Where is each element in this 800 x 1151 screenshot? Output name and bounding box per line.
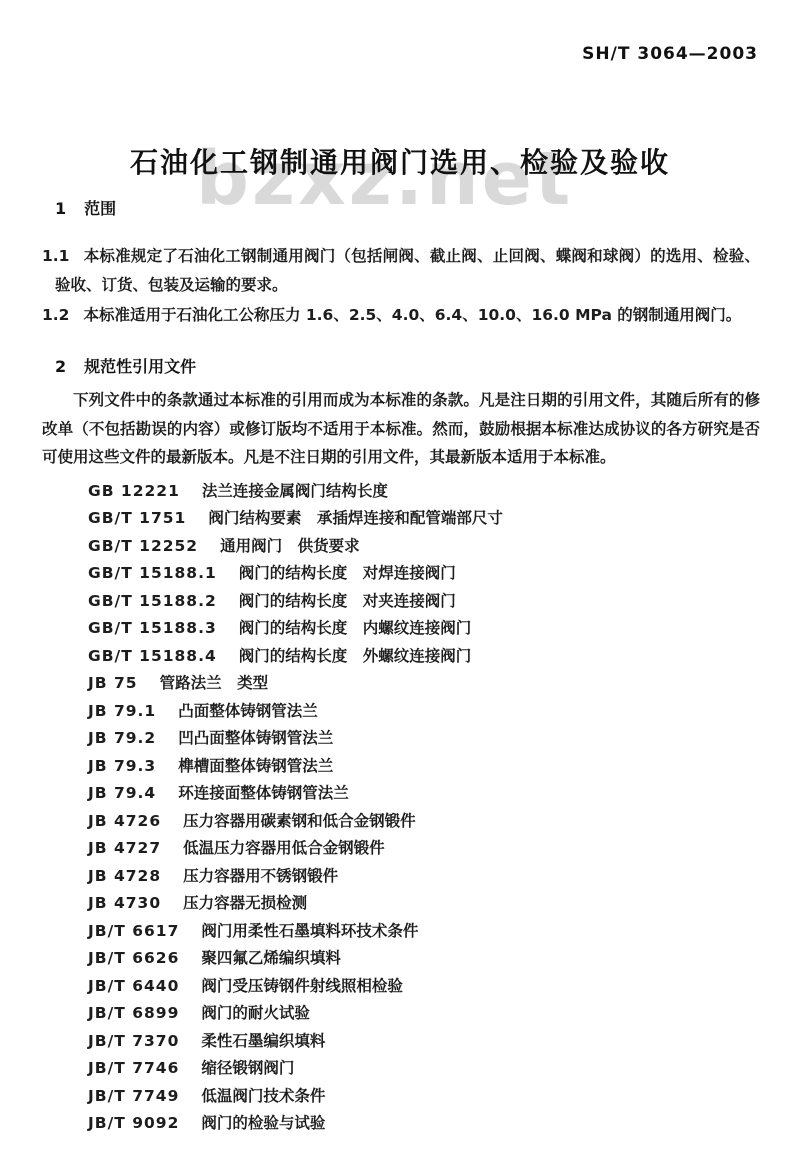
reference-item: JB/T 7749低温阀门技术条件 <box>88 1083 760 1111</box>
reference-title: 低温压力容器用低合金钢锻件 <box>183 839 385 857</box>
reference-title: 阀门的结构长度 外螺纹连接阀门 <box>239 647 472 665</box>
document-body: 1范围 1.1本标准规定了石油化工钢制通用阀门（包括闸阀、截止阀、止回阀、蝶阀和… <box>42 0 760 1138</box>
reference-title: 聚四氟乙烯编织填料 <box>201 949 341 967</box>
reference-code: JB 75 <box>88 670 138 698</box>
reference-title: 阀门受压铸钢件射线照相检验 <box>201 977 403 995</box>
reference-item: JB 4726压力容器用碳素钢和低合金钢锻件 <box>88 808 760 836</box>
clause-1-1: 1.1本标准规定了石油化工钢制通用阀门（包括闸阀、截止阀、止回阀、蝶阀和球阀）的… <box>42 242 760 300</box>
reference-item: GB 12221法兰连接金属阀门结构长度 <box>88 478 760 506</box>
reference-item: JB 79.2凹凸面整体铸钢管法兰 <box>88 725 760 753</box>
reference-item: JB 4727低温压力容器用低合金钢锻件 <box>88 835 760 863</box>
reference-code: JB/T 6440 <box>88 973 179 1001</box>
reference-code: JB 4730 <box>88 890 161 918</box>
reference-item: JB 79.3榫槽面整体铸钢管法兰 <box>88 753 760 781</box>
reference-code: GB/T 15188.3 <box>88 615 217 643</box>
reference-code: JB/T 9092 <box>88 1110 179 1138</box>
reference-title: 环连接面整体铸钢管法兰 <box>178 784 349 802</box>
section-2-title: 规范性引用文件 <box>84 357 196 376</box>
clause-1-2: 1.2本标准适用于石油化工公称压力 1.6、2.5、4.0、6.4、10.0、1… <box>42 301 760 330</box>
section-2-intro-paragraph: 下列文件中的条款通过本标准的引用而成为本标准的条款。凡是注日期的引用文件，其随后… <box>42 386 760 472</box>
reference-code: GB/T 15188.1 <box>88 560 217 588</box>
reference-item: GB/T 15188.4阀门的结构长度 外螺纹连接阀门 <box>88 643 760 671</box>
reference-title: 柔性石墨编织填料 <box>201 1032 325 1050</box>
reference-title: 榫槽面整体铸钢管法兰 <box>178 757 333 775</box>
reference-title: 压力容器无损检测 <box>183 894 307 912</box>
reference-item: GB/T 15188.1阀门的结构长度 对焊连接阀门 <box>88 560 760 588</box>
reference-item: JB/T 6617阀门用柔性石墨填料环技术条件 <box>88 918 760 946</box>
reference-title: 压力容器用碳素钢和低合金钢锻件 <box>183 812 416 830</box>
reference-item: JB/T 6440阀门受压铸钢件射线照相检验 <box>88 973 760 1001</box>
section-2-heading: 2规范性引用文件 <box>42 354 760 377</box>
reference-title: 阀门的耐火试验 <box>201 1004 310 1022</box>
reference-title: 阀门用柔性石墨填料环技术条件 <box>201 922 418 940</box>
reference-title: 凹凸面整体铸钢管法兰 <box>178 729 333 747</box>
reference-code: GB/T 1751 <box>88 505 186 533</box>
reference-title: 阀门的检验与试验 <box>201 1114 325 1132</box>
reference-code: JB 79.1 <box>88 698 156 726</box>
reference-title: 阀门结构要素 承插焊连接和配管端部尺寸 <box>208 509 503 527</box>
reference-item: JB/T 6899阀门的耐火试验 <box>88 1000 760 1028</box>
reference-code: JB 4727 <box>88 835 161 863</box>
reference-title: 通用阀门 供货要求 <box>220 537 360 555</box>
reference-title: 阀门的结构长度 对焊连接阀门 <box>239 564 456 582</box>
reference-code: GB/T 15188.4 <box>88 643 217 671</box>
reference-title: 法兰连接金属阀门结构长度 <box>202 482 388 500</box>
reference-item: GB/T 15188.3阀门的结构长度 内螺纹连接阀门 <box>88 615 760 643</box>
reference-code: JB 4726 <box>88 808 161 836</box>
reference-item: JB 4730压力容器无损检测 <box>88 890 760 918</box>
reference-code: JB 79.4 <box>88 780 156 808</box>
reference-title: 凸面整体铸钢管法兰 <box>178 702 318 720</box>
reference-title: 管路法兰 类型 <box>160 674 269 692</box>
reference-item: JB/T 7370柔性石墨编织填料 <box>88 1028 760 1056</box>
reference-item: JB/T 6626聚四氟乙烯编织填料 <box>88 945 760 973</box>
reference-item: JB/T 9092阀门的检验与试验 <box>88 1110 760 1138</box>
reference-title: 缩径锻钢阀门 <box>201 1059 294 1077</box>
reference-code: GB/T 12252 <box>88 533 198 561</box>
clause-1-1-number: 1.1 <box>42 242 69 271</box>
reference-code: JB/T 7370 <box>88 1028 179 1056</box>
reference-item: JB 75管路法兰 类型 <box>88 670 760 698</box>
reference-title: 阀门的结构长度 对夹连接阀门 <box>239 592 456 610</box>
scanned-standard-page: SH/T 3064—2003 bzxz.net 石油化工钢制通用阀门选用、检验及… <box>0 0 800 1151</box>
reference-item: JB 79.4环连接面整体铸钢管法兰 <box>88 780 760 808</box>
reference-item: JB 79.1凸面整体铸钢管法兰 <box>88 698 760 726</box>
reference-item: GB/T 15188.2阀门的结构长度 对夹连接阀门 <box>88 588 760 616</box>
reference-list: GB 12221法兰连接金属阀门结构长度 GB/T 1751阀门结构要素 承插焊… <box>42 478 760 1138</box>
clause-1-1-text: 本标准规定了石油化工钢制通用阀门（包括闸阀、截止阀、止回阀、蝶阀和球阀）的选用、… <box>55 247 760 294</box>
reference-title: 压力容器用不锈钢锻件 <box>183 867 338 885</box>
reference-code: GB/T 15188.2 <box>88 588 217 616</box>
reference-code: JB 79.2 <box>88 725 156 753</box>
reference-code: JB/T 6626 <box>88 945 179 973</box>
reference-code: JB/T 7746 <box>88 1055 179 1083</box>
clause-1-2-text: 本标准适用于石油化工公称压力 1.6、2.5、4.0、6.4、10.0、16.0… <box>83 306 741 324</box>
reference-title: 低温阀门技术条件 <box>201 1087 325 1105</box>
reference-title: 阀门的结构长度 内螺纹连接阀门 <box>239 619 472 637</box>
section-1-number: 1 <box>55 199 66 218</box>
reference-code: GB 12221 <box>88 478 180 506</box>
reference-item: JB 4728压力容器用不锈钢锻件 <box>88 863 760 891</box>
reference-code: JB/T 6617 <box>88 918 179 946</box>
reference-code: JB/T 6899 <box>88 1000 179 1028</box>
reference-code: JB 4728 <box>88 863 161 891</box>
clause-1-2-number: 1.2 <box>42 301 69 330</box>
section-1-heading: 1范围 <box>42 196 760 219</box>
reference-item: GB/T 12252通用阀门 供货要求 <box>88 533 760 561</box>
reference-item: JB/T 7746缩径锻钢阀门 <box>88 1055 760 1083</box>
section-1-title: 范围 <box>84 199 116 218</box>
reference-code: JB 79.3 <box>88 753 156 781</box>
section-2-number: 2 <box>55 357 66 376</box>
reference-item: GB/T 1751阀门结构要素 承插焊连接和配管端部尺寸 <box>88 505 760 533</box>
reference-code: JB/T 7749 <box>88 1083 179 1111</box>
